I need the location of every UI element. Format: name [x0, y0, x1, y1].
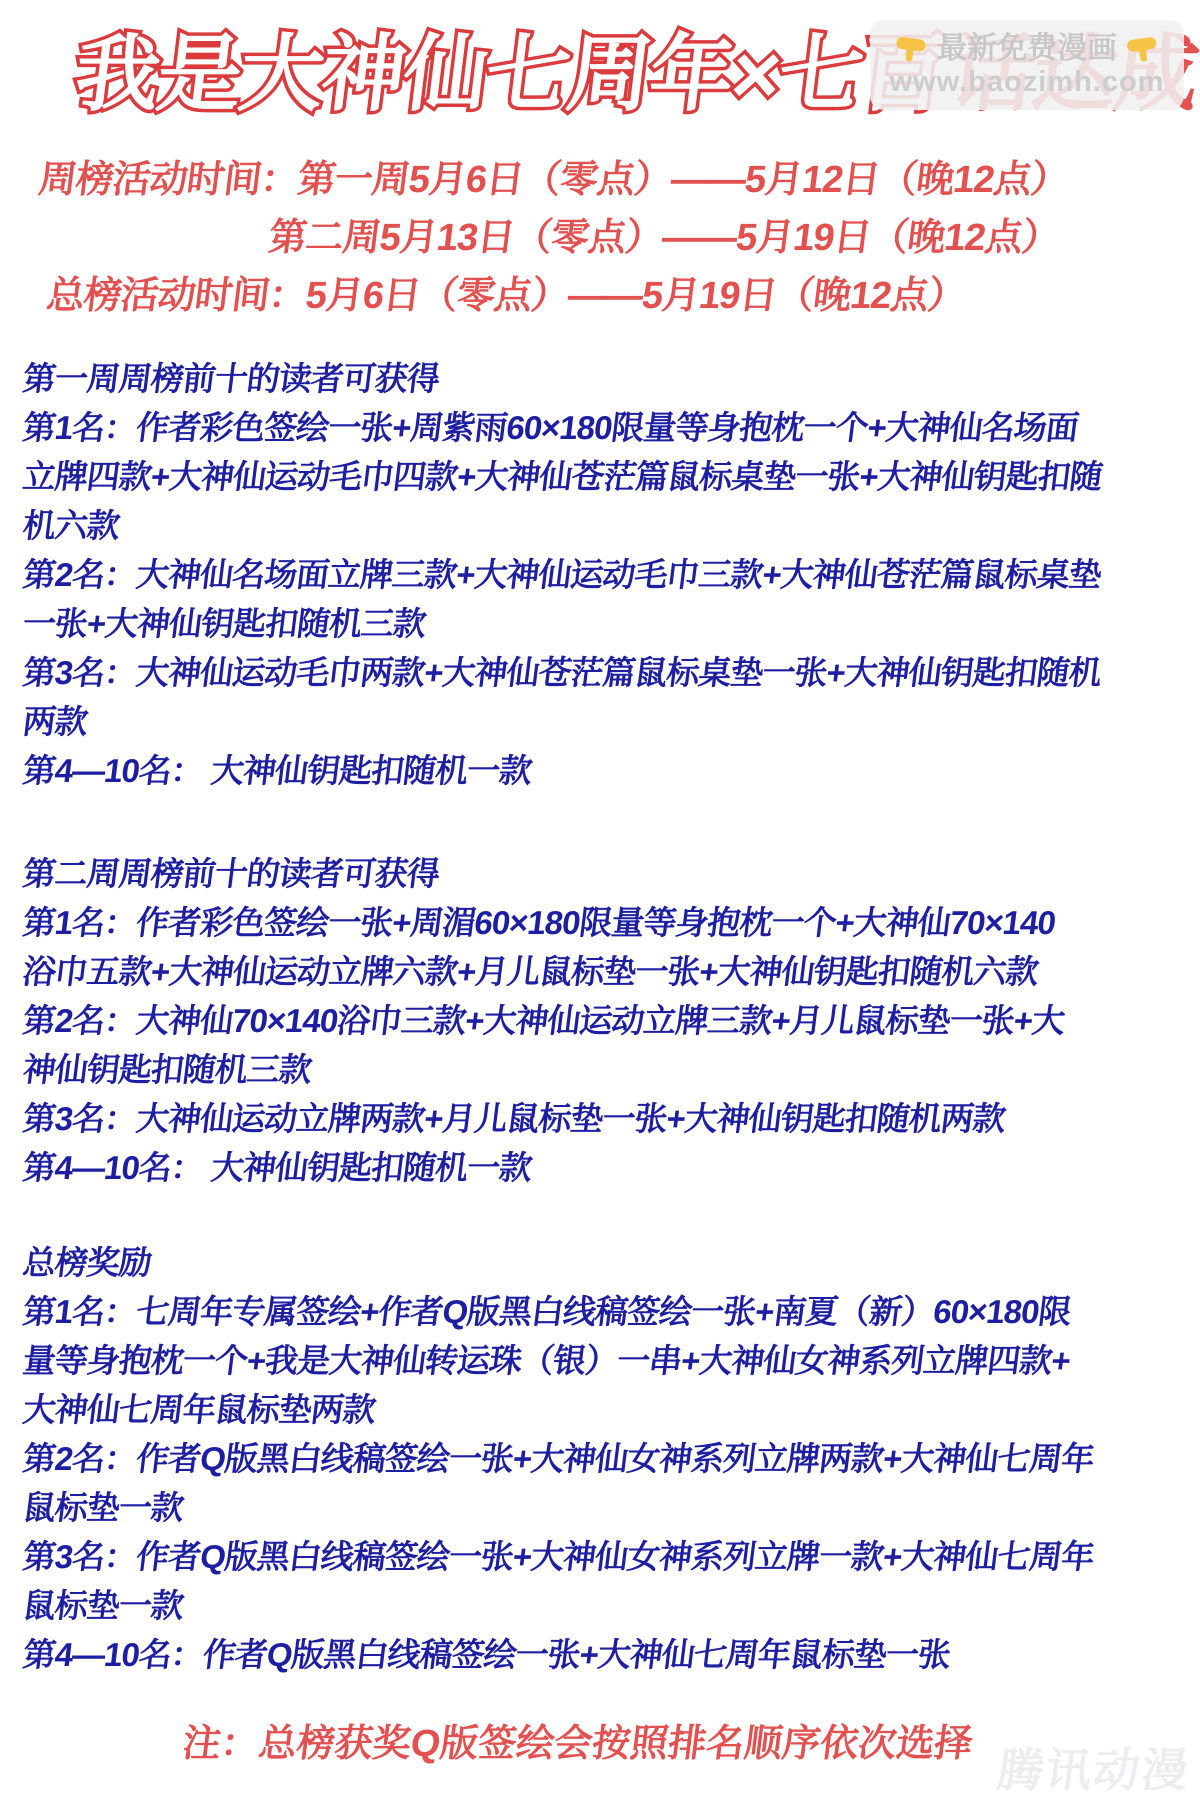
- watermark-title-row: 最新免费漫画: [895, 32, 1159, 66]
- prize-line-text: 第3名：大神仙运动毛巾两款+大神仙苍茫篇鼠标桌垫一张+大神仙钥匙扣随机: [20, 648, 1104, 697]
- section-heading: 总榜奖励: [20, 1238, 1192, 1287]
- prize-line-text: 量等身抱枕一个+我是大神仙转运珠（银）一串+大神仙女神系列立牌四款+: [20, 1336, 1073, 1385]
- heading-text: 第一周周榜前十的读者可获得: [20, 354, 442, 403]
- prize-line: 第2名：大神仙70×140浴巾三款+大神仙运动立牌三款+月儿鼠标垫一张+大: [20, 996, 1192, 1045]
- prize-line-text: 第4—10名：作者Q版黑白线稿签绘一张+大神仙七周年鼠标垫一张: [20, 1630, 953, 1679]
- tencent-comics-logo: 腾讯动漫: [994, 1734, 1186, 1800]
- prize-line: 机六款: [20, 501, 1192, 550]
- pointing-down-hand-icon: [895, 33, 927, 65]
- heading-text: 第二周周榜前十的读者可获得: [20, 849, 442, 898]
- schedule-line-week2-text: 第二周5月13日（零点）——5月19日（晚12点）: [266, 206, 1063, 261]
- prize-line-text: 第1名：作者彩色签绘一张+周湄60×180限量等身抱枕一个+大神仙70×140: [20, 898, 1058, 947]
- prize-line: 量等身抱枕一个+我是大神仙转运珠（银）一串+大神仙女神系列立牌四款+: [20, 1336, 1192, 1385]
- prize-line-text: 鼠标垫一款: [20, 1483, 186, 1532]
- schedule-line-total: 总榜活动时间：5月6日（零点）——5月19日（晚12点）: [44, 264, 962, 319]
- prize-section-week1: 第一周周榜前十的读者可获得 第1名：作者彩色签绘一张+周紫雨60×180限量等身…: [20, 354, 1192, 795]
- prize-line-text: 第4—10名： 大神仙钥匙扣随机一款: [20, 746, 534, 795]
- prize-line-text: 第2名：作者Q版黑白线稿签绘一张+大神仙女神系列立牌两款+大神仙七周年: [20, 1434, 1097, 1483]
- schedule-line-week2: 第二周5月13日（零点）——5月19日（晚12点）: [266, 206, 1056, 261]
- prize-line-text: 第2名：大神仙70×140浴巾三款+大神仙运动立牌三款+月儿鼠标垫一张+大: [20, 996, 1067, 1045]
- footer-note: 注：总榜获奖Q版签绘会按照排名顺序依次选择: [0, 1712, 1150, 1767]
- title-outlined-text: 我是大神仙七周年×七百: [70, 26, 949, 123]
- tencent-comics-logo-text: 腾讯动漫: [994, 1734, 1194, 1800]
- prize-line: 第1名：作者彩色签绘一张+周紫雨60×180限量等身抱枕一个+大神仙名场面: [20, 403, 1192, 452]
- prize-line: 立牌四款+大神仙运动毛巾四款+大神仙苍茫篇鼠标桌垫一张+大神仙钥匙扣随: [20, 452, 1192, 501]
- prize-line: 神仙钥匙扣随机三款: [20, 1045, 1192, 1094]
- prize-line-text: 第1名：作者彩色签绘一张+周紫雨60×180限量等身抱枕一个+大神仙名场面: [20, 403, 1081, 452]
- watermark-url: www.baozimh.com: [890, 66, 1165, 98]
- prize-line: 第3名：作者Q版黑白线稿签绘一张+大神仙女神系列立牌一款+大神仙七周年: [20, 1532, 1192, 1581]
- heading-text: 总榜奖励: [20, 1238, 154, 1287]
- schedule-line-week1: 周榜活动时间：第一周5月6日（零点）——5月12日（晚12点）: [36, 148, 1065, 203]
- schedule-line-total-text: 总榜活动时间：5月6日（零点）——5月19日（晚12点）: [44, 264, 969, 319]
- watermark-box: 最新免费漫画 www.baozimh.com: [870, 20, 1184, 110]
- watermark-title: 最新免费漫画: [937, 32, 1117, 66]
- prize-line: 第2名：作者Q版黑白线稿签绘一张+大神仙女神系列立牌两款+大神仙七周年: [20, 1434, 1192, 1483]
- prize-line-text: 神仙钥匙扣随机三款: [20, 1045, 314, 1094]
- prize-line-text: 鼠标垫一款: [20, 1581, 186, 1630]
- prize-line: 第1名：七周年专属签绘+作者Q版黑白线稿签绘一张+南夏（新）60×180限: [20, 1287, 1192, 1336]
- prize-line-text: 第1名：七周年专属签绘+作者Q版黑白线稿签绘一张+南夏（新）60×180限: [20, 1287, 1074, 1336]
- prize-line-text: 浴巾五款+大神仙运动立牌六款+月儿鼠标垫一张+大神仙钥匙扣随机六款: [20, 947, 1041, 996]
- prize-section-total: 总榜奖励 第1名：七周年专属签绘+作者Q版黑白线稿签绘一张+南夏（新）60×18…: [20, 1238, 1192, 1679]
- prize-section-week2: 第二周周榜前十的读者可获得 第1名：作者彩色签绘一张+周湄60×180限量等身抱…: [20, 849, 1192, 1192]
- prize-line-text: 第3名：作者Q版黑白线稿签绘一张+大神仙女神系列立牌一款+大神仙七周年: [20, 1532, 1097, 1581]
- prize-line: 第4—10名：作者Q版黑白线稿签绘一张+大神仙七周年鼠标垫一张: [20, 1630, 1192, 1679]
- section-heading: 第一周周榜前十的读者可获得: [20, 354, 1192, 403]
- prize-line: 第3名：大神仙运动毛巾两款+大神仙苍茫篇鼠标桌垫一张+大神仙钥匙扣随机: [20, 648, 1192, 697]
- prize-line: 第2名：大神仙名场面立牌三款+大神仙运动毛巾三款+大神仙苍茫篇鼠标桌垫: [20, 550, 1192, 599]
- prize-line-text: 两款: [20, 697, 90, 746]
- prize-line-text: 大神仙七周年鼠标垫两款: [20, 1385, 378, 1434]
- prize-line: 第3名：大神仙运动立牌两款+月儿鼠标垫一张+大神仙钥匙扣随机两款: [20, 1094, 1192, 1143]
- prize-line: 浴巾五款+大神仙运动立牌六款+月儿鼠标垫一张+大神仙钥匙扣随机六款: [20, 947, 1192, 996]
- prize-line: 一张+大神仙钥匙扣随机三款: [20, 599, 1192, 648]
- prize-line-text: 第2名：大神仙名场面立牌三款+大神仙运动毛巾三款+大神仙苍茫篇鼠标桌垫: [20, 550, 1104, 599]
- prize-body: 第一周周榜前十的读者可获得 第1名：作者彩色签绘一张+周紫雨60×180限量等身…: [20, 354, 1192, 1679]
- prize-line: 第1名：作者彩色签绘一张+周湄60×180限量等身抱枕一个+大神仙70×140: [20, 898, 1192, 947]
- prize-line: 鼠标垫一款: [20, 1483, 1192, 1532]
- prize-line-text: 立牌四款+大神仙运动毛巾四款+大神仙苍茫篇鼠标桌垫一张+大神仙钥匙扣随: [20, 452, 1105, 501]
- prize-line: 大神仙七周年鼠标垫两款: [20, 1385, 1192, 1434]
- prize-line: 两款: [20, 697, 1192, 746]
- prize-line: 第4—10名： 大神仙钥匙扣随机一款: [20, 1143, 1192, 1192]
- page-root: 我是大神仙七周年×七百话达成! 最新免费漫画 www.baozimh.com 周…: [0, 0, 1200, 1806]
- prize-line-text: 一张+大神仙钥匙扣随机三款: [20, 599, 428, 648]
- prize-line-text: 第3名：大神仙运动立牌两款+月儿鼠标垫一张+大神仙钥匙扣随机两款: [20, 1094, 1008, 1143]
- section-heading: 第二周周榜前十的读者可获得: [20, 849, 1192, 898]
- footer-note-text: 注：总榜获奖Q版签绘会按照排名顺序依次选择: [180, 1712, 976, 1767]
- prize-line: 鼠标垫一款: [20, 1581, 1192, 1630]
- prize-line-text: 机六款: [20, 501, 122, 550]
- prize-line-text: 第4—10名： 大神仙钥匙扣随机一款: [20, 1143, 534, 1192]
- pointing-down-hand-icon: [1127, 33, 1159, 65]
- prize-line: 第4—10名： 大神仙钥匙扣随机一款: [20, 746, 1192, 795]
- schedule-line-week1-text: 周榜活动时间：第一周5月6日（零点）——5月12日（晚12点）: [36, 148, 1072, 203]
